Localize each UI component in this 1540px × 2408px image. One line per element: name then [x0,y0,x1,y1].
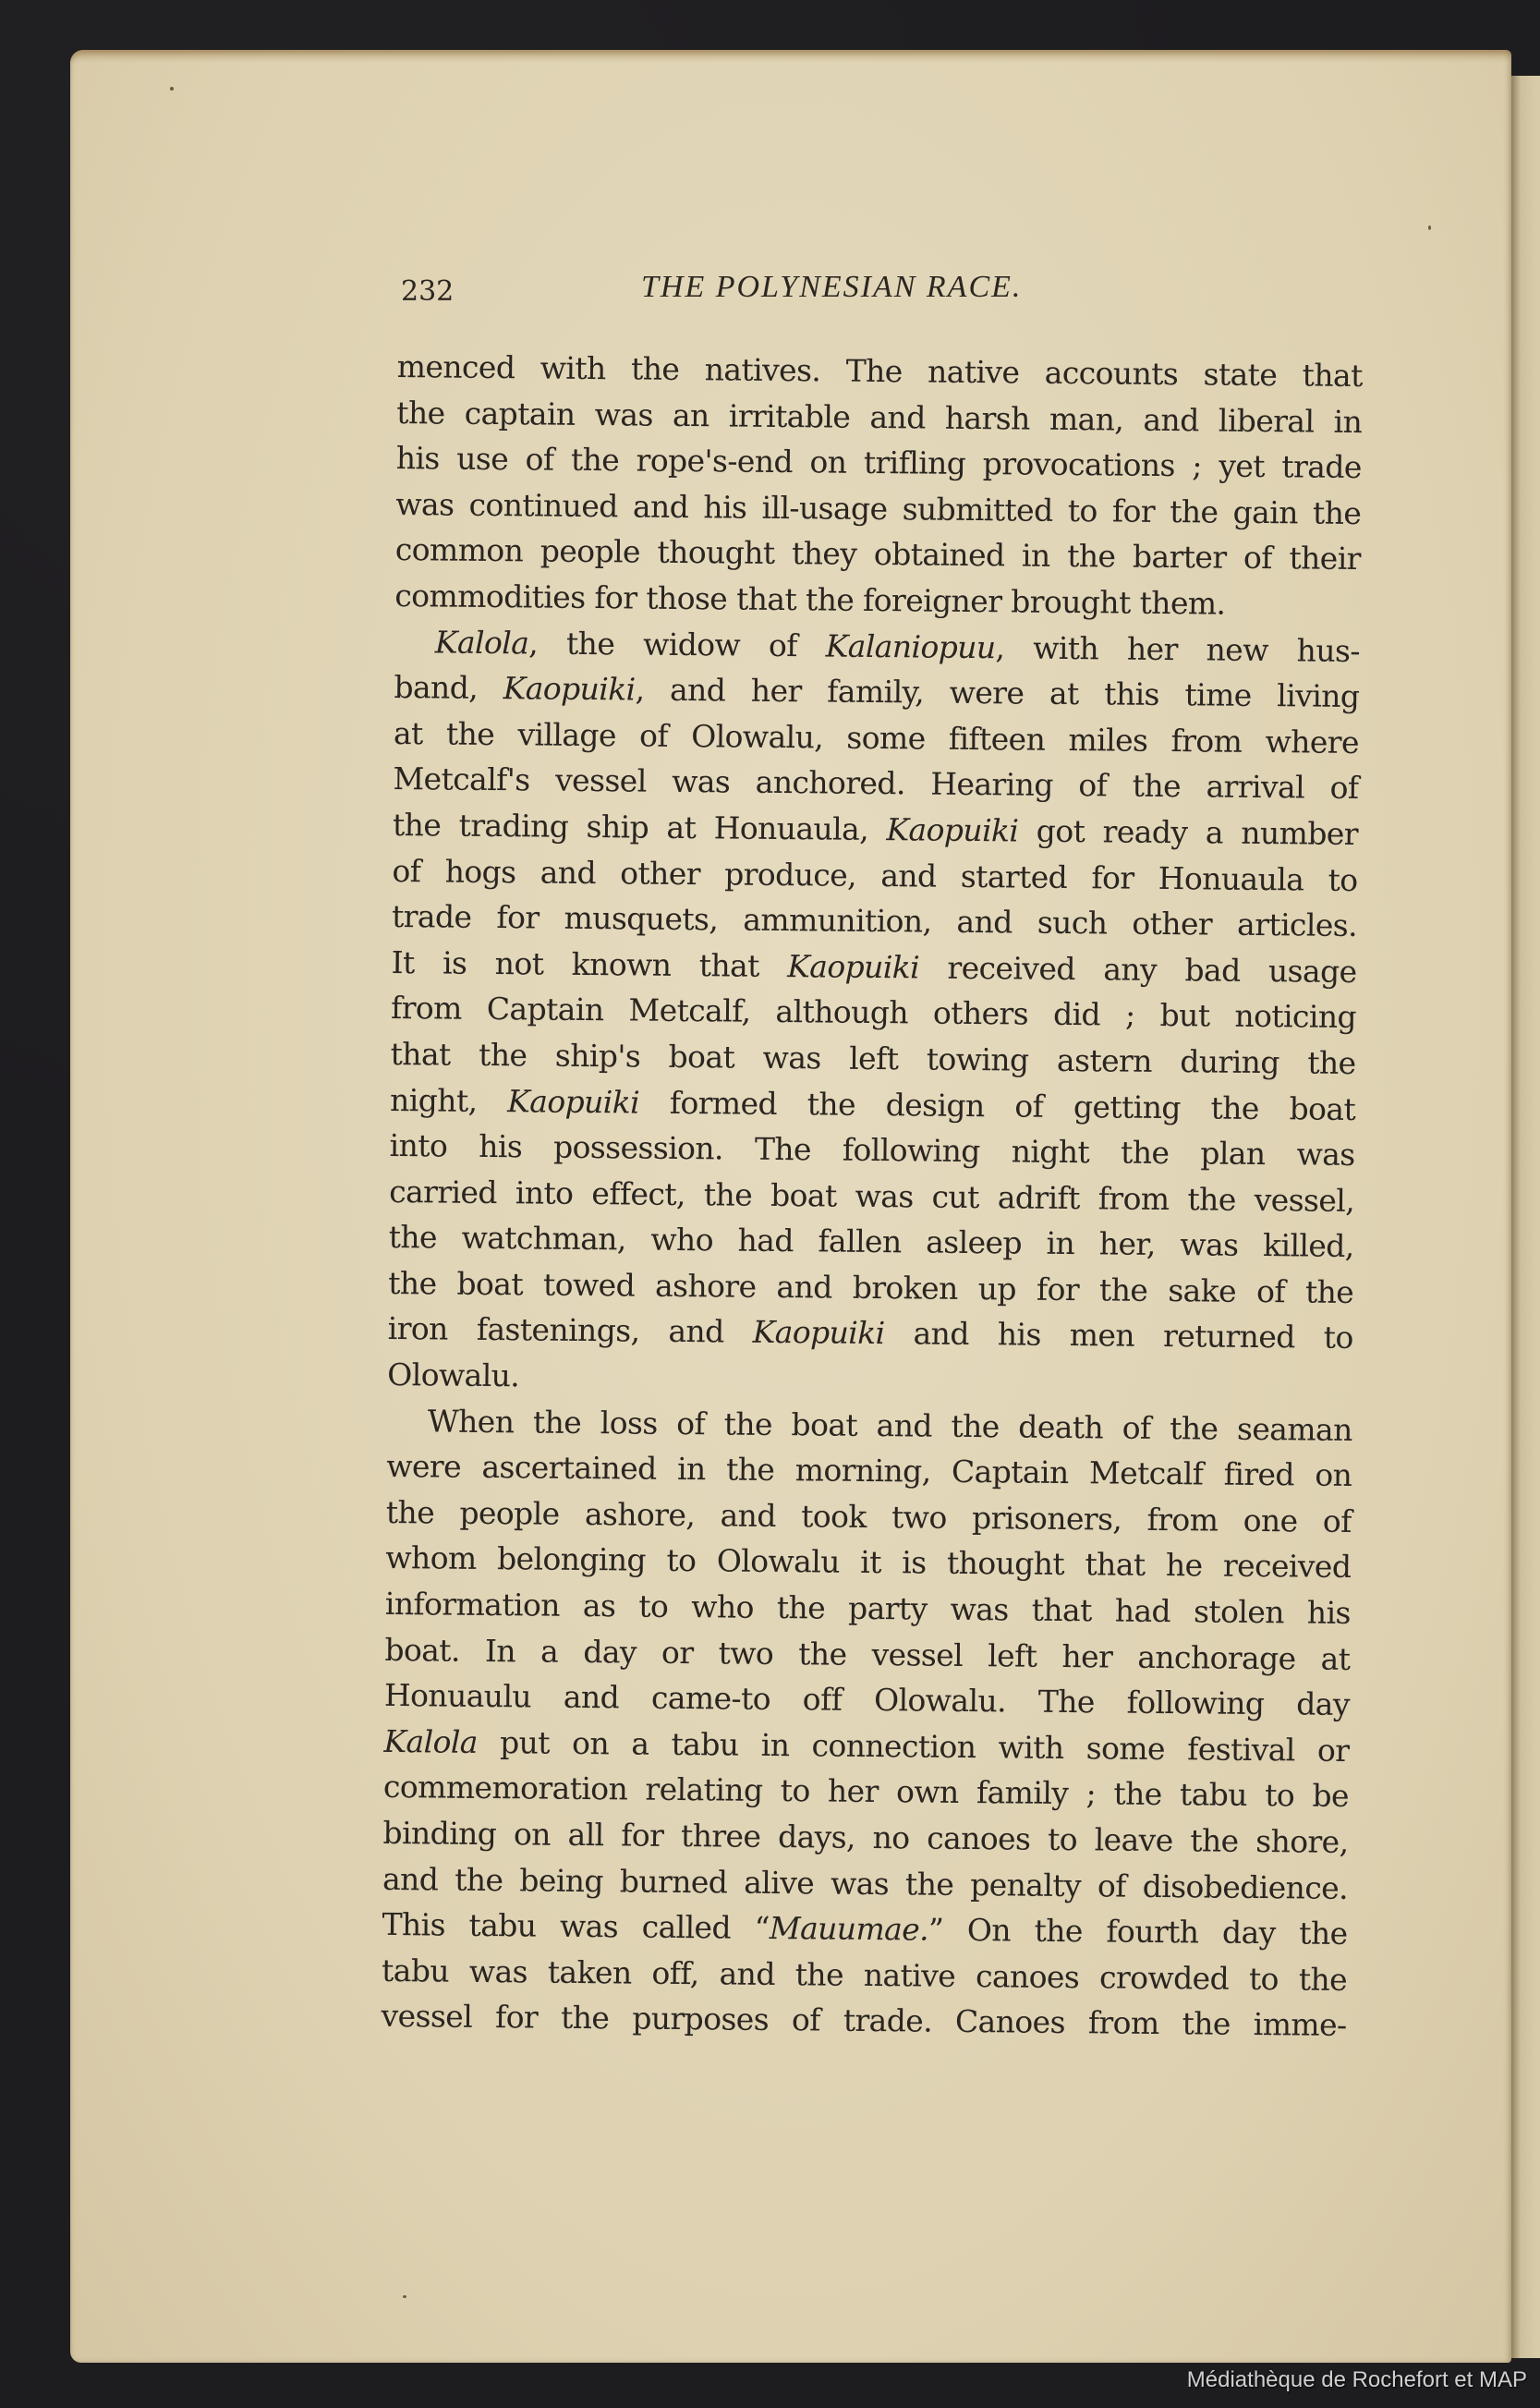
text-run: It is not known that [391,944,787,984]
text-run: commodities for those that the foreigner… [394,578,1225,622]
text-run: were ascertained in the morning, Captain… [386,1448,1352,1493]
text-run: ” On the fourth day the [928,1912,1348,1952]
text-run: night, [390,1081,507,1118]
text-run: was continued and his ill-usage submitte… [395,486,1361,531]
text-run: from Captain Metcalf, although others di… [391,990,1356,1035]
text-run: Metcalf's vessel was anchored. Hearing o… [393,760,1358,806]
body-text: menced with the natives. The native acco… [381,344,1363,2049]
text-run: got ready a number [1018,812,1358,852]
italic-name: Kalola [383,1723,478,1760]
text-run: of hogs and other produce, and started f… [392,853,1357,898]
text-run: the captain was an irritable and harsh m… [396,395,1362,440]
text-run: the boat towed ashore and broken up for … [388,1265,1353,1310]
page-number: 232 [401,275,454,308]
text-run: , and her family, were at this time livi… [635,672,1359,715]
italic-name: Kalola [435,624,529,661]
text-run: This tabu was called “ [382,1906,770,1946]
text-run: tabu was taken off, and the native canoe… [382,1952,1347,1998]
page-edge-stain [70,50,1511,63]
text-run: , with her new hus- [995,629,1360,669]
text-run: When the loss of the boat and the death … [428,1403,1352,1448]
text-run: Olowalu. [387,1356,519,1393]
text-line: iron fastenings, and Kaopuiki and his me… [388,1306,1353,1361]
paper-speck [1428,225,1431,230]
text-run: vessel for the purposes of trade. Canoes… [381,1998,1346,2043]
text-line: vessel for the purposes of trade. Canoes… [381,1993,1346,2049]
text-run: Honuaulu and came-to off Olowalu. The fo… [384,1677,1350,1722]
text-run: band, [394,669,503,706]
paper-speck [403,2295,406,2298]
text-run: carried into effect, the boat was cut ad… [389,1174,1354,1219]
text-run: put on a tabu in connection with some fe… [478,1724,1350,1769]
running-head: 232 THE POLYNESIAN RACE. [401,270,1417,316]
text-run: the watchman, who had fallen asleep in h… [389,1219,1354,1264]
library-credit: Médiathèque de Rochefort et MAP [1187,2367,1527,2393]
running-title: THE POLYNESIAN RACE. [641,270,1022,305]
text-run: whom belonging to Olowalu it is thought … [385,1539,1351,1585]
italic-name: Kaopuiki [787,948,919,985]
italic-name: Kalaniopuu [825,627,995,665]
text-run: and his men returned to [884,1316,1352,1356]
text-run: trade for musquets, ammunition, and such… [392,898,1357,943]
text-run: information as to who the party was that… [385,1586,1351,1631]
text-run: that the ship's boat was left towing ast… [390,1036,1355,1081]
italic-name: Kaopuiki [886,811,1018,848]
text-run: iron fastenings, and [388,1310,753,1350]
text-run: at the village of Olowalu, some fifteen … [394,715,1359,760]
italic-name: Kaopuiki [507,1083,639,1120]
text-run: the trading ship at Honuaula, [393,807,887,847]
text-run: commemoration relating to her own family… [383,1769,1349,1814]
text-run: common people thought they obtained in t… [395,531,1361,577]
text-run: menced with the natives. The native acco… [397,348,1363,394]
text-run: , the widow of [528,625,826,663]
text-run: into his possession. The following night… [389,1127,1354,1173]
italic-name: Kaopuiki [753,1314,885,1351]
book-page: 232 THE POLYNESIAN RACE. menced with the… [70,50,1511,2363]
text-run: received any bad usage [919,949,1357,990]
text-run: his use of the rope's-end on trifling pr… [396,440,1362,485]
text-run: formed the design of getting the boat [639,1084,1355,1126]
paper-speck [170,87,174,91]
text-run: boat. In a day or two the vessel left he… [384,1632,1350,1677]
text-run: and the being burned alive was the penal… [382,1861,1348,1906]
text-run: the people ashore, and took two prisoner… [386,1494,1352,1539]
adjacent-page-edge [1508,76,1540,2358]
italic-name: Mauumae. [770,1910,929,1948]
text-run: binding on all for three days, no canoes… [382,1815,1348,1860]
italic-name: Kaopuiki [503,670,636,707]
